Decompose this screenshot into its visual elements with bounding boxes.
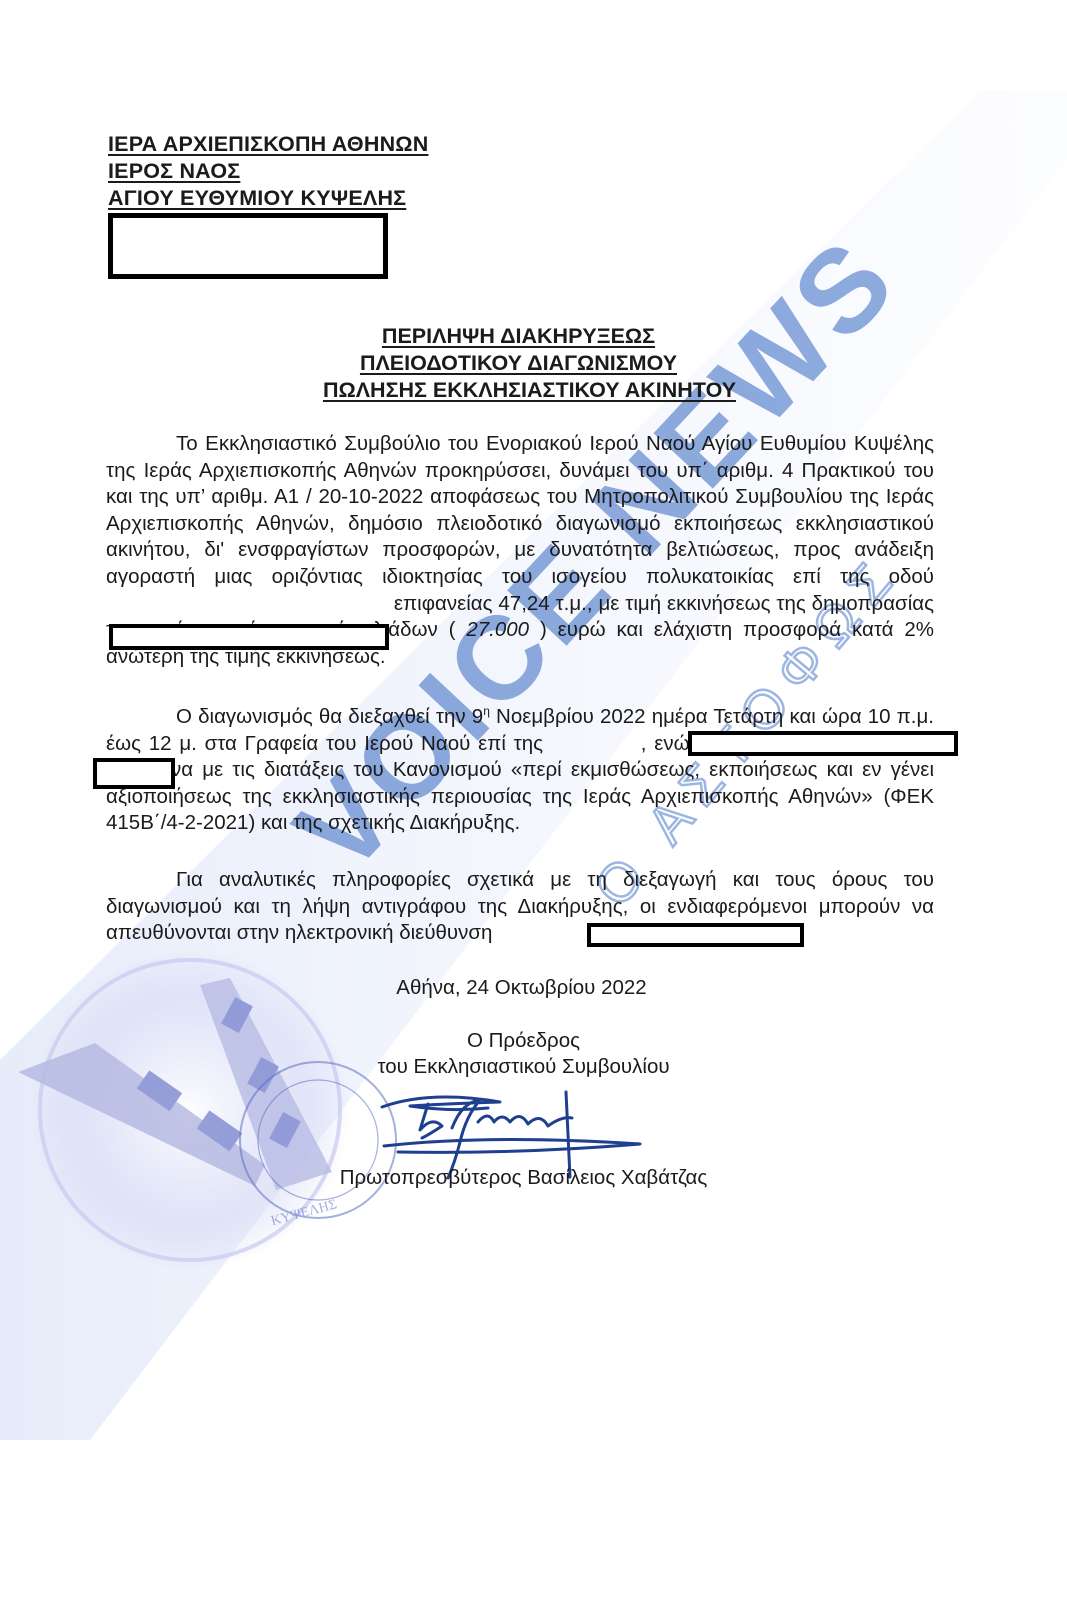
- redacted-address-box-1: [688, 731, 958, 756]
- document-page: ΙΕΡΑ ΑΡΧΙΕΠΙΣΚΟΠΗ ΑΘΗΝΩΝ ΙΕΡΟΣ ΝΑΟΣ ΑΓΙΟ…: [0, 0, 1067, 1600]
- header-line-parish: ΑΓΙΟΥ ΕΥΘΥΜΙΟΥ ΚΥΨΕΛΗΣ: [108, 185, 428, 212]
- redacted-address-spacer: [551, 749, 641, 750]
- signatory-name: Πρωτοπρεσβύτερος Βασίλειος Χαβάτζας: [0, 1165, 1057, 1191]
- redacted-street-box: [109, 624, 389, 650]
- auction-date-text: Ο διαγωνισμός θα διεξαχθεί την 9: [176, 705, 483, 728]
- signatory-role: Ο Πρόεδρος του Εκκλησιαστικού Συμβουλίου: [0, 1028, 1057, 1080]
- place-and-date: Αθήνα, 24 Οκτωβρίου 2022: [0, 975, 1055, 1001]
- paragraph-auction-details: Ο διαγωνισμός θα διεξαχθεί την 9η Νοεμβρ…: [106, 704, 934, 837]
- signatory-role-line-2: του Εκκλησιαστικού Συμβουλίου: [0, 1054, 1057, 1080]
- paragraph1-text: Το Εκκλησιαστικό Συμβούλιο του Ενοριακού…: [106, 432, 934, 588]
- header-line-church: ΙΕΡΟΣ ΝΑΟΣ: [108, 158, 428, 185]
- ordinal-superscript: η: [483, 704, 490, 718]
- redacted-header-box: [108, 213, 388, 279]
- signatory-role-line-1: Ο Πρόεδρος: [0, 1028, 1057, 1054]
- paragraph-contact-info: Για αναλυτικές πληροφορίες σχετικά με τη…: [106, 867, 934, 947]
- header-line-archdiocese: ΙΕΡΑ ΑΡΧΙΕΠΙΣΚΟΠΗ ΑΘΗΝΩΝ: [108, 131, 428, 158]
- redacted-street-spacer: [106, 609, 388, 610]
- title-line-3: ΠΩΛΗΣΗΣ ΕΚΚΛΗΣΙΑΣΤΙΚΟΥ ΑΚΙΝΗΤΟΥ: [0, 377, 1067, 404]
- title-line-1: ΠΕΡΙΛΗΨΗ ΔΙΑΚΗΡΥΞΕΩΣ: [0, 323, 1067, 350]
- contact-info-text: Για αναλυτικές πληροφορίες σχετικά με τη…: [106, 868, 934, 944]
- document-title: ΠΕΡΙΛΗΨΗ ΔΙΑΚΗΡΥΞΕΩΣ ΠΛΕΙΟΔΟΤΙΚΟΥ ΔΙΑΓΩΝ…: [0, 323, 1067, 404]
- issuer-header: ΙΕΡΑ ΑΡΧΙΕΠΙΣΚΟΠΗ ΑΘΗΝΩΝ ΙΕΡΟΣ ΝΑΟΣ ΑΓΙΟ…: [108, 131, 428, 212]
- title-line-2: ΠΛΕΙΟΔΟΤΙΚΟΥ ΔΙΑΓΩΝΙΣΜΟΥ: [0, 350, 1067, 377]
- redacted-email-box: [587, 923, 804, 947]
- redacted-address-box-2: [93, 758, 175, 789]
- starting-price-amount: 27.000: [456, 618, 540, 641]
